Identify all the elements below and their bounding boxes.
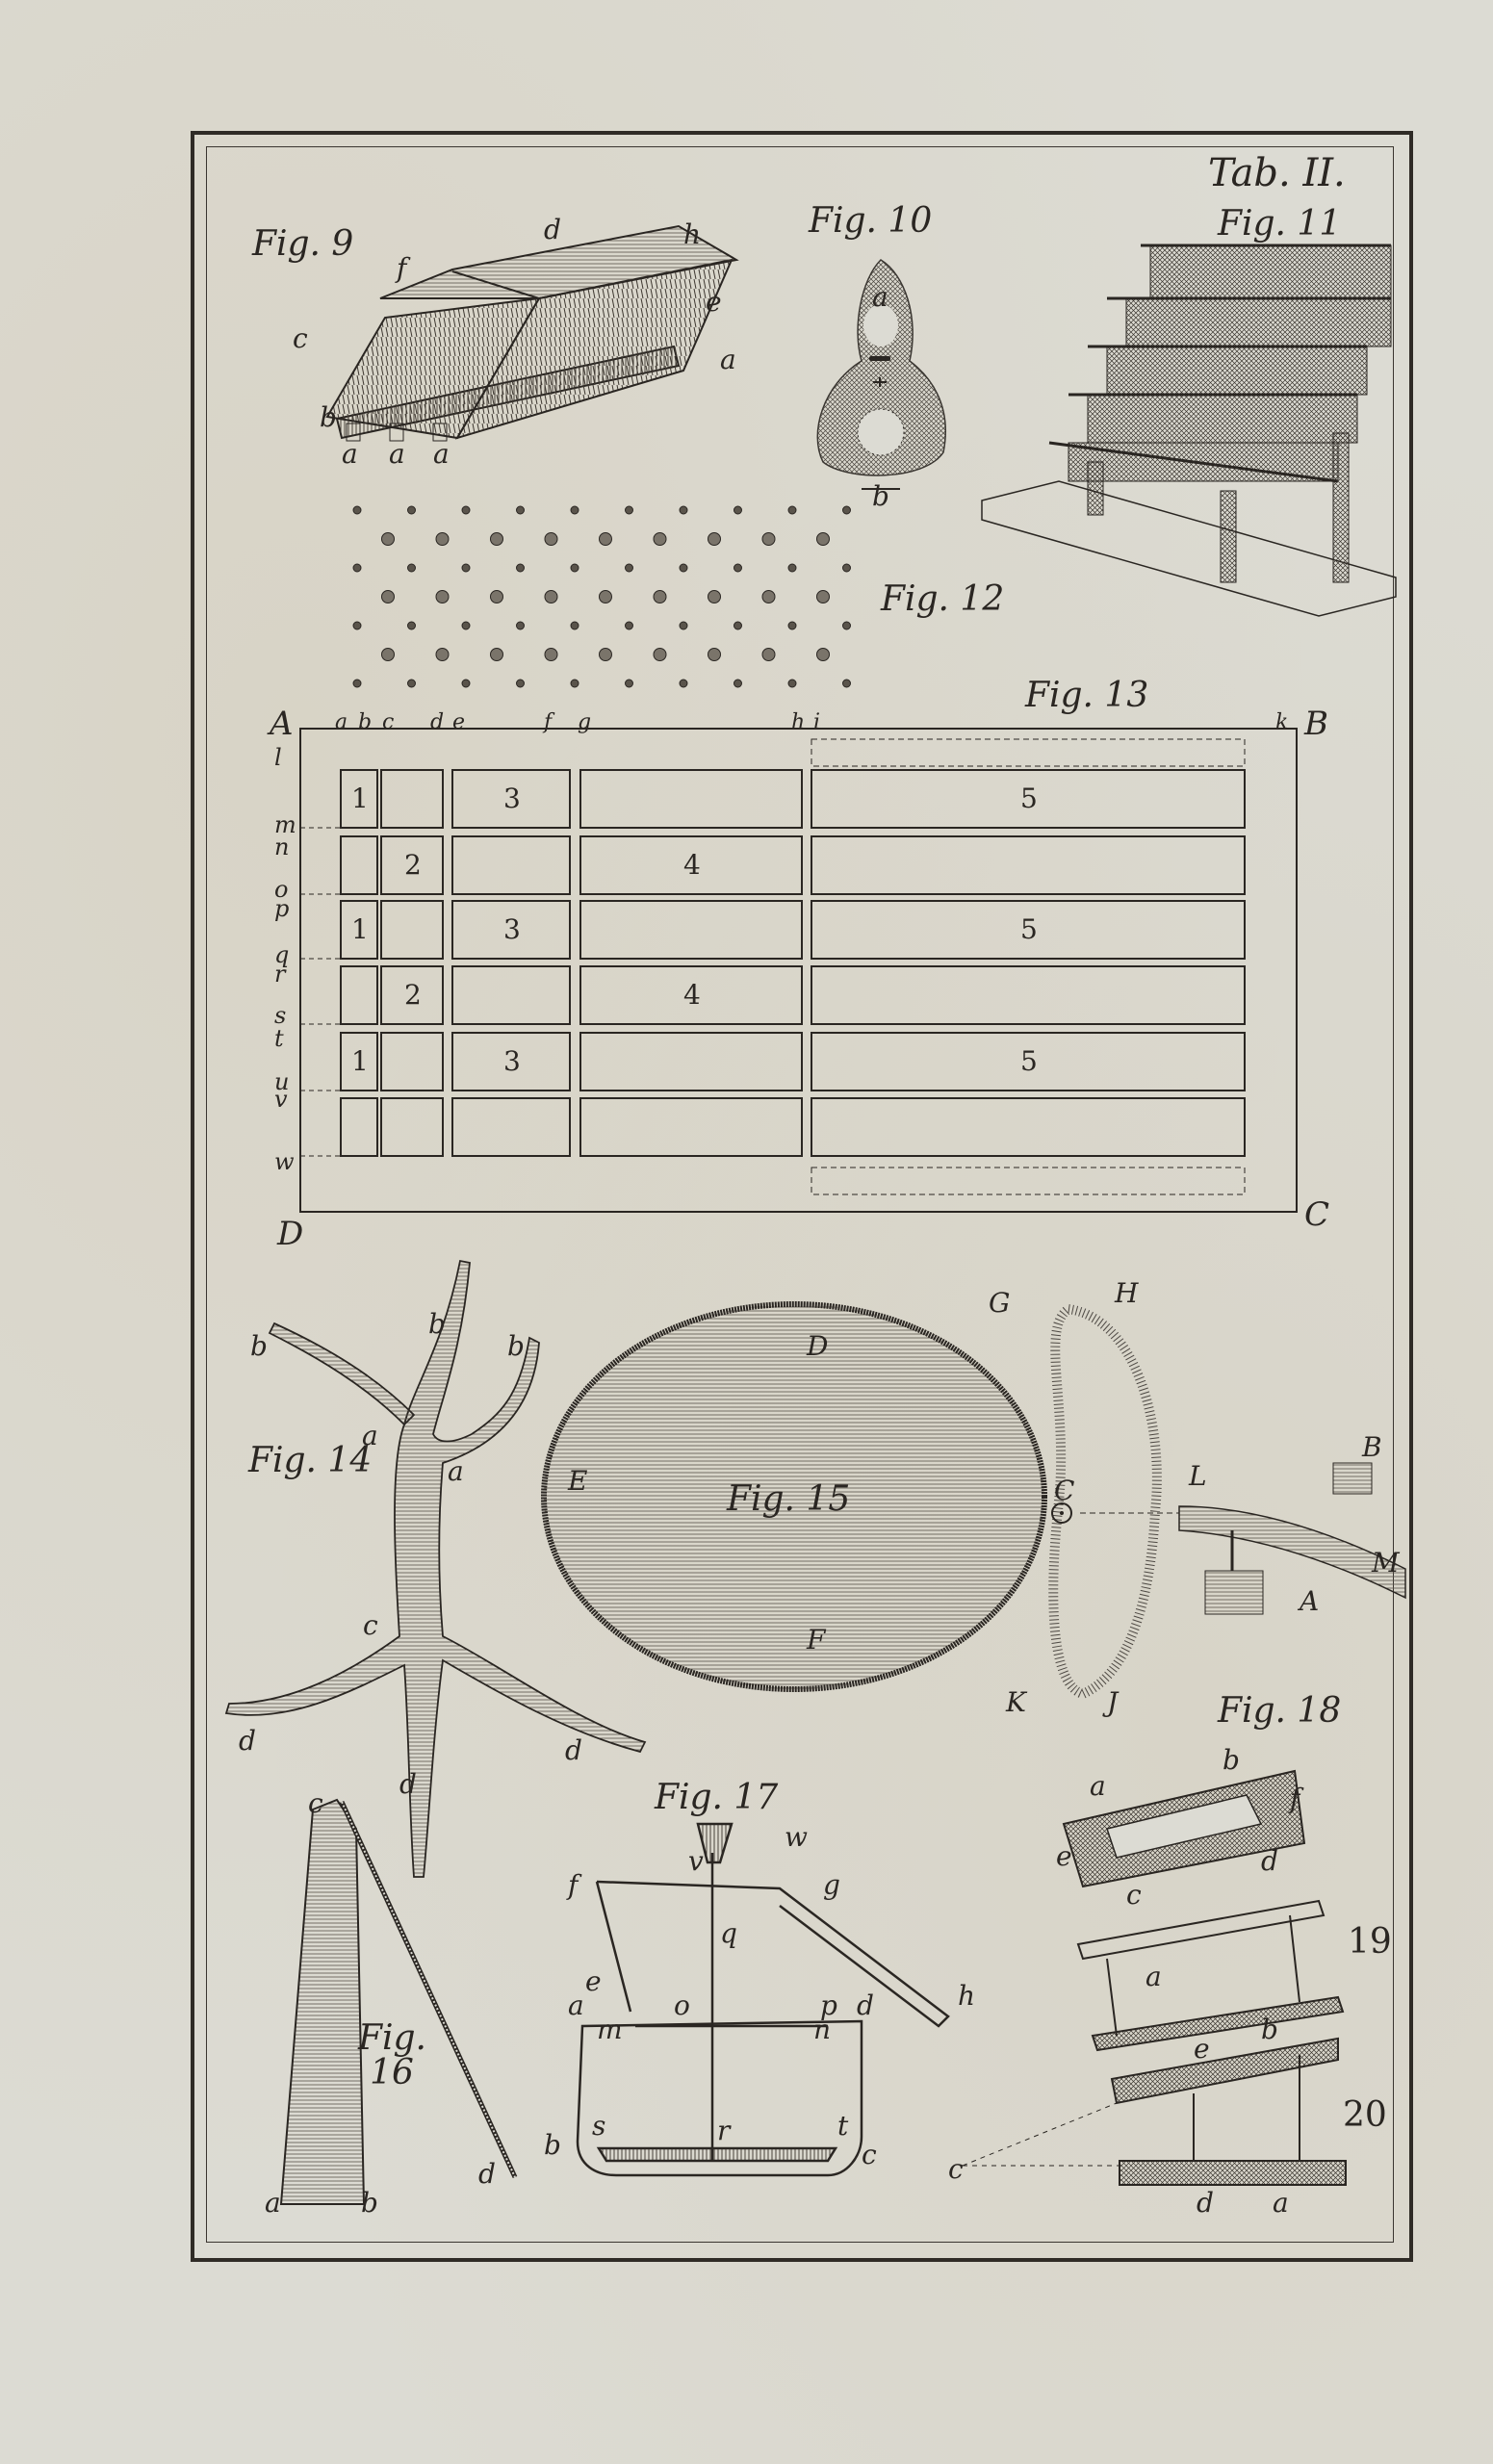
fig12-dot — [382, 649, 395, 661]
fig12-dot — [680, 564, 687, 572]
fig9-letter-a1: a — [342, 441, 358, 468]
fig15-letter-J: J — [1107, 1689, 1118, 1716]
fig15-letter-A: A — [1300, 1588, 1319, 1615]
fig12-dot — [462, 564, 470, 572]
fig13-bed-number: 5 — [1020, 916, 1038, 943]
fig17-letter: n — [813, 2016, 831, 2043]
fig12-dot — [708, 591, 721, 603]
fig12-dot — [708, 533, 721, 546]
fig12-dot — [517, 622, 525, 629]
fig12-dot — [353, 564, 361, 572]
fig20-letter: a — [1273, 2190, 1289, 2217]
fig15-letter-G: G — [989, 1290, 1010, 1317]
fig12-dot — [843, 622, 851, 629]
fig12-dot — [408, 680, 416, 687]
fig12-dot — [817, 533, 830, 546]
fig17-letter: o — [674, 1992, 690, 2019]
fig12-dot — [545, 649, 557, 661]
fig13-bed-number: 3 — [503, 1048, 521, 1075]
fig12-dot — [843, 680, 851, 687]
fig12-dot — [654, 591, 666, 603]
fig17-letter: d — [857, 1992, 874, 2019]
fig12-dot — [626, 680, 633, 687]
fig12-dot-grid — [353, 506, 851, 687]
fig12-dot — [600, 533, 612, 546]
fig13-bed-number: 2 — [404, 852, 422, 879]
fig17-vessel-drawing — [578, 1824, 948, 2175]
fig12-dot — [491, 591, 503, 603]
fig20-letter: c — [948, 2156, 964, 2183]
fig12-dot — [626, 506, 633, 514]
fig13-bed-number: 4 — [683, 982, 701, 1009]
fig13-bed-number: 5 — [1020, 1048, 1038, 1075]
fig15-pond-drawing — [544, 1304, 1405, 1694]
fig15-letter-F: F — [807, 1627, 825, 1654]
fig12-dot — [788, 564, 796, 572]
fig9-hive-drawing — [327, 226, 736, 441]
fig12-dot — [491, 649, 503, 661]
fig13-row-letter: w — [274, 1150, 295, 1173]
fig9-letter-g: h — [683, 221, 701, 248]
plate-illustrations — [0, 0, 1493, 2464]
fig12-dot — [762, 649, 775, 661]
fig15-letter-D: D — [807, 1333, 828, 1360]
fig20-label: 20 — [1343, 2098, 1387, 2133]
fig12-dot — [353, 506, 361, 514]
fig14-letter-a2: a — [448, 1458, 464, 1485]
fig12-dot — [462, 680, 470, 687]
fig12-dot — [654, 533, 666, 546]
fig17-letter: c — [862, 2142, 877, 2169]
fig12-dot — [680, 680, 687, 687]
fig20-frame-drawing — [963, 2039, 1346, 2185]
fig9-letter-a-right: a — [720, 346, 736, 373]
fig12-dot — [626, 564, 633, 572]
fig13-row-letter: s — [274, 1004, 286, 1027]
fig13-row-letter: n — [274, 835, 289, 859]
fig13-column-letter: d — [430, 712, 444, 733]
fig17-letter: w — [785, 1824, 808, 1851]
fig13-bed-number: 1 — [351, 916, 369, 943]
fig13-row-letter: l — [274, 746, 282, 769]
fig11-bee-stand-drawing — [982, 245, 1396, 616]
fig12-dot — [353, 680, 361, 687]
fig12-dot — [680, 622, 687, 629]
fig12-dot — [843, 564, 851, 572]
fig16-label: Fig. 16 — [358, 2021, 425, 2091]
fig12-dot — [600, 649, 612, 661]
fig14-letter-d2: d — [565, 1737, 582, 1764]
fig9-letter-a2: a — [389, 441, 405, 468]
fig17-letter: t — [837, 2113, 848, 2140]
fig13-column-letter: c — [382, 712, 394, 733]
fig20-letter: d — [1197, 2190, 1214, 2217]
fig13-column-letter: b — [358, 712, 372, 733]
fig13-bed-number: 4 — [683, 852, 701, 879]
fig17-letter: r — [717, 2117, 730, 2144]
fig15-label: Fig. 15 — [727, 1482, 850, 1517]
fig18-letter: b — [1223, 1747, 1240, 1774]
fig13-column-letter: f — [544, 712, 552, 733]
fig14-letter-d1: d — [239, 1728, 256, 1755]
fig12-dot — [353, 622, 361, 629]
fig9-letter-d: d — [544, 217, 561, 244]
fig12-dot — [436, 649, 449, 661]
fig12-dot — [517, 506, 525, 514]
fig17-label: Fig. 17 — [655, 1781, 778, 1815]
fig9-letter-f: f — [397, 255, 406, 282]
fig12-dot — [817, 649, 830, 661]
fig13-row-letter: r — [274, 962, 285, 986]
fig12-dot — [408, 622, 416, 629]
fig12-dot — [545, 533, 557, 546]
fig14-letter-a1: a — [362, 1423, 378, 1450]
fig16-letter-d: d — [478, 2161, 496, 2188]
fig12-dot — [408, 564, 416, 572]
fig10-label: Fig. 10 — [809, 204, 932, 239]
fig13-row-letter: p — [274, 897, 289, 920]
fig16-letter-b: b — [361, 2190, 378, 2217]
fig12-dot — [382, 533, 395, 546]
fig12-dot — [382, 591, 395, 603]
fig12-label: Fig. 12 — [881, 582, 1004, 617]
fig9-letter-e: e — [706, 289, 722, 316]
fig12-dot — [571, 506, 579, 514]
fig16-cone-drawing — [281, 1800, 515, 2204]
fig13-bed-number: 1 — [351, 1048, 369, 1075]
fig18-letter: c — [1126, 1882, 1142, 1909]
fig12-dot — [708, 649, 721, 661]
fig12-dot — [762, 591, 775, 603]
fig19-letter: a — [1145, 1963, 1162, 1990]
fig12-dot — [517, 564, 525, 572]
fig12-dot — [788, 680, 796, 687]
fig12-dot — [734, 622, 742, 629]
fig14-letter-c: c — [363, 1612, 378, 1639]
fig20-letter: b — [1261, 2016, 1278, 2043]
fig9-letter-a3: a — [433, 441, 450, 468]
fig17-letter: b — [544, 2132, 561, 2159]
fig13-bed-number: 3 — [503, 916, 521, 943]
fig10-letter-a: a — [872, 284, 888, 311]
fig17-letter: e — [585, 1968, 602, 1995]
fig13-bed-number: 1 — [351, 785, 369, 812]
fig17-letter: q — [720, 1920, 737, 1947]
fig15-letter-H: H — [1115, 1280, 1138, 1307]
fig17-letter: g — [823, 1872, 840, 1899]
fig13-corner-A: A — [270, 707, 294, 740]
fig15-letter-M: M — [1372, 1550, 1400, 1577]
fig12-dot — [571, 680, 579, 687]
fig13-corner-C: C — [1304, 1198, 1329, 1231]
fig13-bed-number: 2 — [404, 982, 422, 1009]
fig10-letter-b: b — [872, 483, 889, 510]
fig12-dot — [545, 591, 557, 603]
fig14-letter-b1: b — [250, 1333, 268, 1360]
fig12-dot — [654, 649, 666, 661]
fig12-dot — [436, 591, 449, 603]
fig12-dot — [462, 622, 470, 629]
fig17-letter: f — [568, 1872, 578, 1899]
fig17-letter: m — [597, 2016, 623, 2043]
fig12-dot — [462, 506, 470, 514]
fig13-column-letter: i — [813, 712, 820, 733]
fig12-dot — [491, 533, 503, 546]
fig15-letter-E: E — [568, 1468, 587, 1495]
fig17-letter: h — [958, 1983, 975, 2010]
fig9-label: Fig. 9 — [252, 227, 353, 262]
fig12-dot — [436, 533, 449, 546]
fig13-bed-number: 3 — [503, 785, 521, 812]
fig17-letter: a — [568, 1992, 584, 2019]
fig18-letter: f — [1290, 1785, 1300, 1812]
fig20-letter: e — [1194, 2036, 1210, 2063]
fig18-letter: a — [1090, 1773, 1106, 1800]
fig17-letter: v — [688, 1848, 704, 1875]
fig13-corner-B: B — [1304, 707, 1328, 740]
fig13-column-letter: k — [1275, 712, 1288, 733]
fig13-label: Fig. 13 — [1025, 679, 1148, 713]
fig19-label: 19 — [1348, 1925, 1392, 1960]
engraved-plate: Tab. II. Fig. 9 d h f c e a b a a a Fig.… — [0, 0, 1493, 2464]
fig13-garden-plan — [300, 729, 1297, 1212]
fig13-corner-D: D — [277, 1218, 303, 1250]
plate-title: Tab. II. — [1208, 154, 1346, 192]
fig12-dot — [571, 622, 579, 629]
fig12-dot — [788, 506, 796, 514]
fig12-dot — [843, 506, 851, 514]
fig12-dot — [571, 564, 579, 572]
fig12-dot — [626, 622, 633, 629]
fig12-dot — [734, 564, 742, 572]
fig13-row-letter: t — [274, 1027, 284, 1050]
fig15-letter-L: L — [1189, 1463, 1207, 1490]
fig14-letter-b3: b — [507, 1333, 525, 1360]
fig15-letter-K: K — [1006, 1689, 1026, 1716]
fig11-label: Fig. 11 — [1218, 207, 1341, 242]
fig12-dot — [762, 533, 775, 546]
fig12-dot — [788, 622, 796, 629]
fig12-dot — [517, 680, 525, 687]
fig12-dot — [734, 680, 742, 687]
fig14-letter-d3: d — [399, 1771, 417, 1798]
fig16-letter-c: c — [308, 1790, 323, 1817]
fig12-dot — [734, 506, 742, 514]
fig9-letter-b: b — [320, 404, 337, 431]
fig13-column-letter: a — [335, 712, 348, 733]
fig9-letter-c: c — [293, 325, 308, 352]
fig13-column-letter: g — [578, 712, 591, 733]
fig18-letter: e — [1056, 1843, 1072, 1870]
fig14-label: Fig. 14 — [248, 1444, 372, 1478]
fig18-letter: d — [1261, 1848, 1278, 1875]
fig13-column-letter: h — [791, 712, 805, 733]
fig12-dot — [680, 506, 687, 514]
fig19-frame-drawing — [1078, 1901, 1343, 2050]
fig16-letter-a: a — [265, 2190, 281, 2217]
fig13-column-letter: e — [452, 712, 465, 733]
fig12-dot — [600, 591, 612, 603]
fig12-dot — [408, 506, 416, 514]
fig14-letter-b2: b — [428, 1311, 446, 1338]
fig18-label: Fig. 18 — [1218, 1694, 1341, 1729]
fig13-bed-number: 5 — [1020, 785, 1038, 812]
fig12-dot — [817, 591, 830, 603]
fig15-letter-B: B — [1362, 1434, 1382, 1461]
fig15-letter-C: C — [1054, 1477, 1074, 1504]
fig17-letter: s — [592, 2113, 605, 2140]
fig13-row-letter: v — [274, 1088, 288, 1111]
